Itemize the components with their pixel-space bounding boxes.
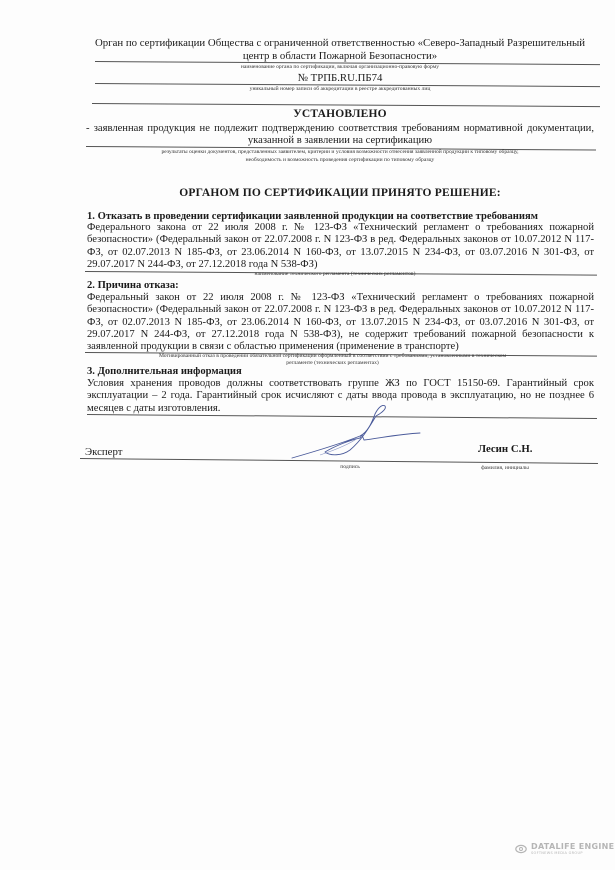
watermark-title: DATALIFE ENGINE	[531, 843, 614, 851]
section2-heading: 2. Причина отказа:	[87, 280, 592, 292]
section1-caption: наименование технического регламента (те…	[80, 271, 590, 278]
established-line1: - заявленная продукция не подлежит подтв…	[86, 123, 594, 135]
established-caption-line2: необходимость и возможность проведения с…	[80, 157, 600, 164]
established-line2: указанной в заявлении на сертификацию	[80, 135, 600, 147]
section3-line: Условия хранения проводов должны соответ…	[87, 378, 594, 390]
organ-name-line1: Орган по сертификации Общества с огранич…	[80, 37, 600, 49]
section2-line: 29.07.2017 N 244-ФЗ, от 27.12.2018 года …	[87, 329, 594, 341]
section2-caption-line1: Мотивированный отказ в проведении обязат…	[80, 353, 585, 360]
organ-name-caption: наименование органа по сертификации, вкл…	[80, 64, 600, 71]
organ-name-line2: центр в области Пожарной Безопасности»	[80, 50, 600, 62]
certificate-page: Орган по сертификации Общества с огранич…	[0, 0, 615, 870]
established-caption-line1: результаты оценки документов, представле…	[80, 149, 600, 156]
section1-line: 29.07.2017 N 244-ФЗ, от 27.12.2018 года …	[87, 259, 594, 271]
expert-name: Лесин С.Н.	[478, 443, 532, 455]
section2-line: ФЗ, от 02.07.2013 N 185-ФЗ, от 23.06.201…	[87, 317, 594, 329]
section3-heading: 3. Дополнительная информация	[87, 366, 592, 378]
accreditation-number: № ТРПБ.RU.ПБ74	[80, 72, 600, 84]
datalife-logo-icon	[515, 844, 527, 854]
section2-body: Федеральный закон от 22 июля 2008 г. № 1…	[87, 292, 594, 353]
section1-line: Федерального закона от 22 июля 2008 г. №…	[87, 222, 594, 234]
handwritten-signature	[290, 400, 440, 475]
section1-line: ФЗ, от 02.07.2013 N 185-ФЗ, от 23.06.201…	[87, 247, 594, 259]
section1-body: Федерального закона от 22 июля 2008 г. №…	[87, 222, 594, 271]
section2-line: безопасности» (Федеральный закон от 22.0…	[87, 304, 594, 316]
decision-title: ОРГАНОМ ПО СЕРТИФИКАЦИИ ПРИНЯТО РЕШЕНИЕ:	[80, 187, 600, 199]
name-caption: фамилия, инициалы	[460, 465, 550, 472]
expert-role: Эксперт	[85, 446, 122, 458]
section2-line: Федеральный закон от 22 июля 2008 г. № 1…	[87, 292, 594, 304]
watermark: DATALIFE ENGINE SOFTNEWS MEDIA GROUP	[515, 843, 614, 855]
separator-rule	[92, 103, 600, 107]
section1-line: безопасности» (Федеральный закон от 22.0…	[87, 234, 594, 246]
watermark-subtitle: SOFTNEWS MEDIA GROUP	[531, 851, 614, 855]
established-title: УСТАНОВЛЕНО	[80, 108, 600, 120]
accreditation-caption: уникальный номер записи об аккредитации …	[80, 86, 600, 93]
